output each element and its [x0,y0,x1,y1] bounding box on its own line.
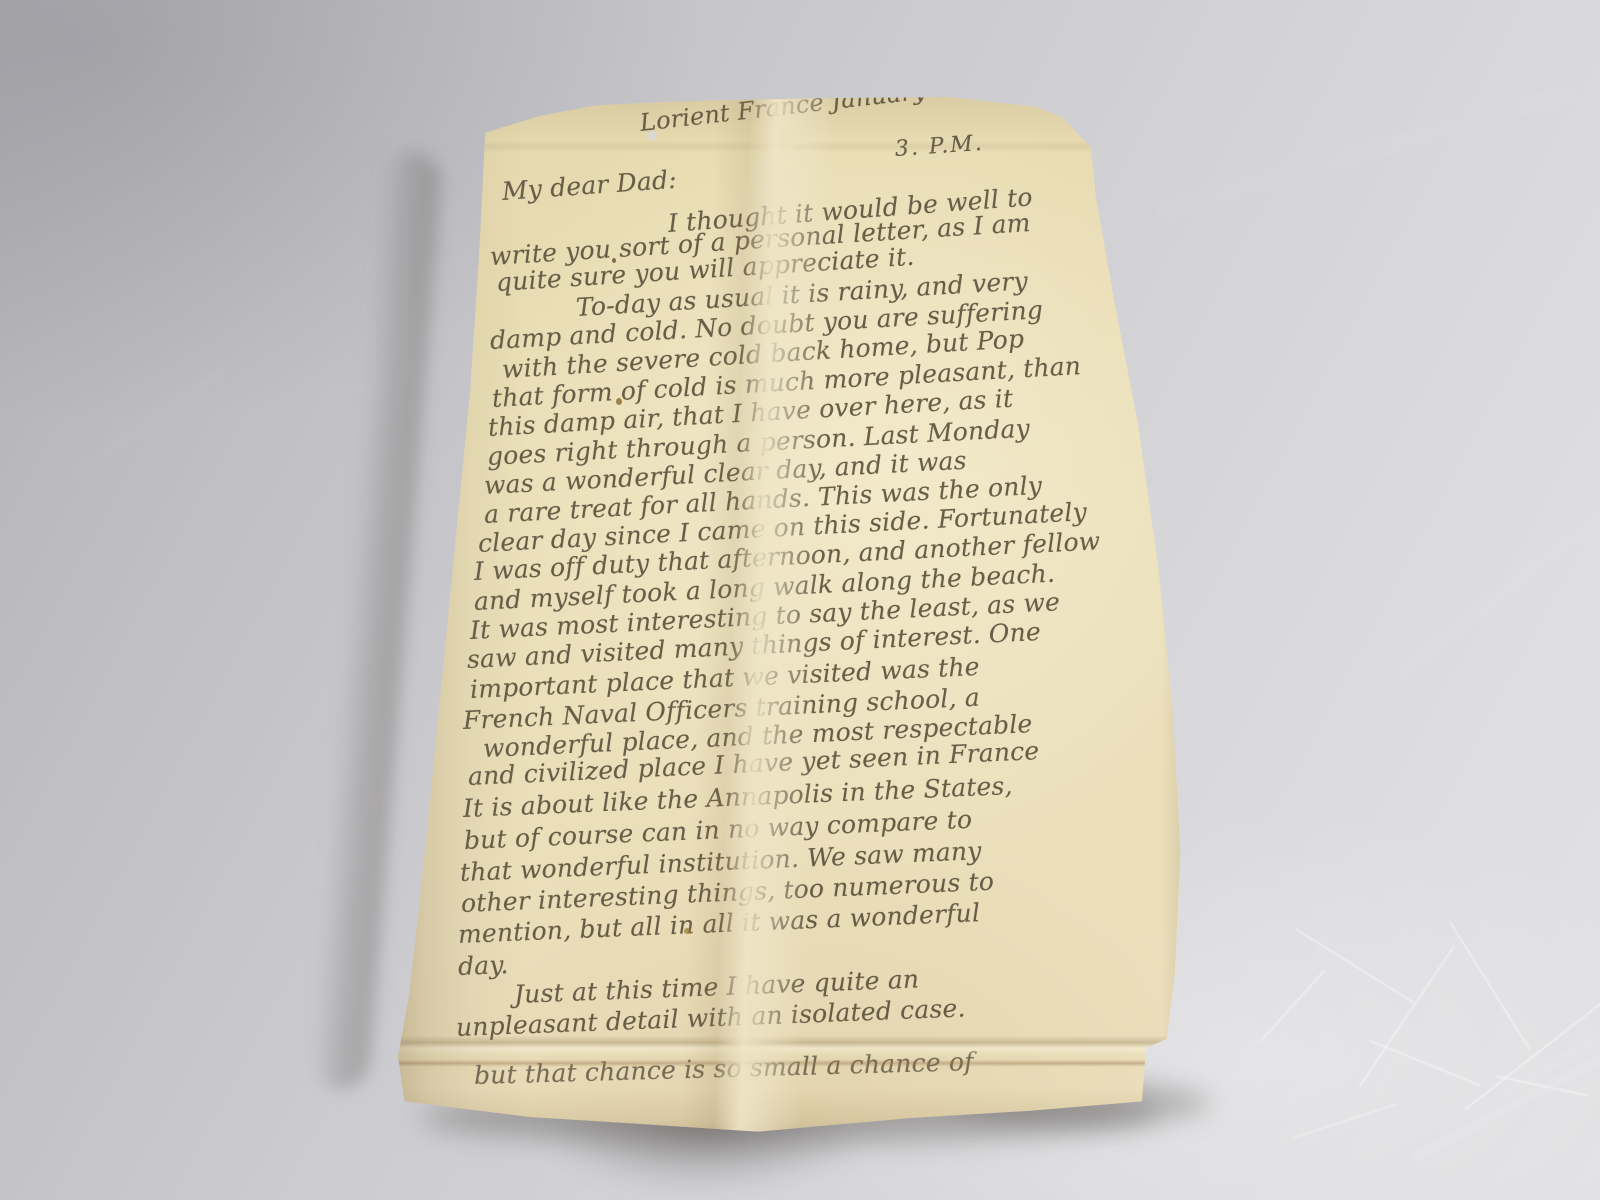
foxing-spot [684,928,691,934]
surface-scratch [1260,970,1325,1042]
paper-edge-nick [648,131,657,140]
letter-line: day. [458,952,509,979]
letter-paper: Lorient France January 16 1919 3. P.M. M… [390,95,1190,1140]
surface-scratch [1292,1103,1397,1139]
letter-text-layer: Lorient France January 16 1919 3. P.M. M… [390,95,1190,1140]
foxing-spot [612,258,616,263]
surface-reflection [75,369,224,475]
surface-scratch [1359,945,1456,1087]
surface-reflection [1370,508,1600,697]
letter-salutation: My dear Dad: [501,167,677,204]
letter-timeline: 3. P.M. [894,133,984,161]
surface-scratch [1449,922,1530,1050]
surface-scratch [1295,928,1415,1004]
surface-scratch [1369,1040,1481,1087]
surface-scratch [1496,1075,1589,1097]
surface-reflection [1158,91,1573,214]
letter-folded-line: but that chance is so small a chance of [474,1049,974,1088]
photo-scene: Lorient France January 16 1919 3. P.M. M… [0,0,1600,1200]
surface-reflection [1413,1044,1600,1160]
foxing-spot [616,398,622,405]
